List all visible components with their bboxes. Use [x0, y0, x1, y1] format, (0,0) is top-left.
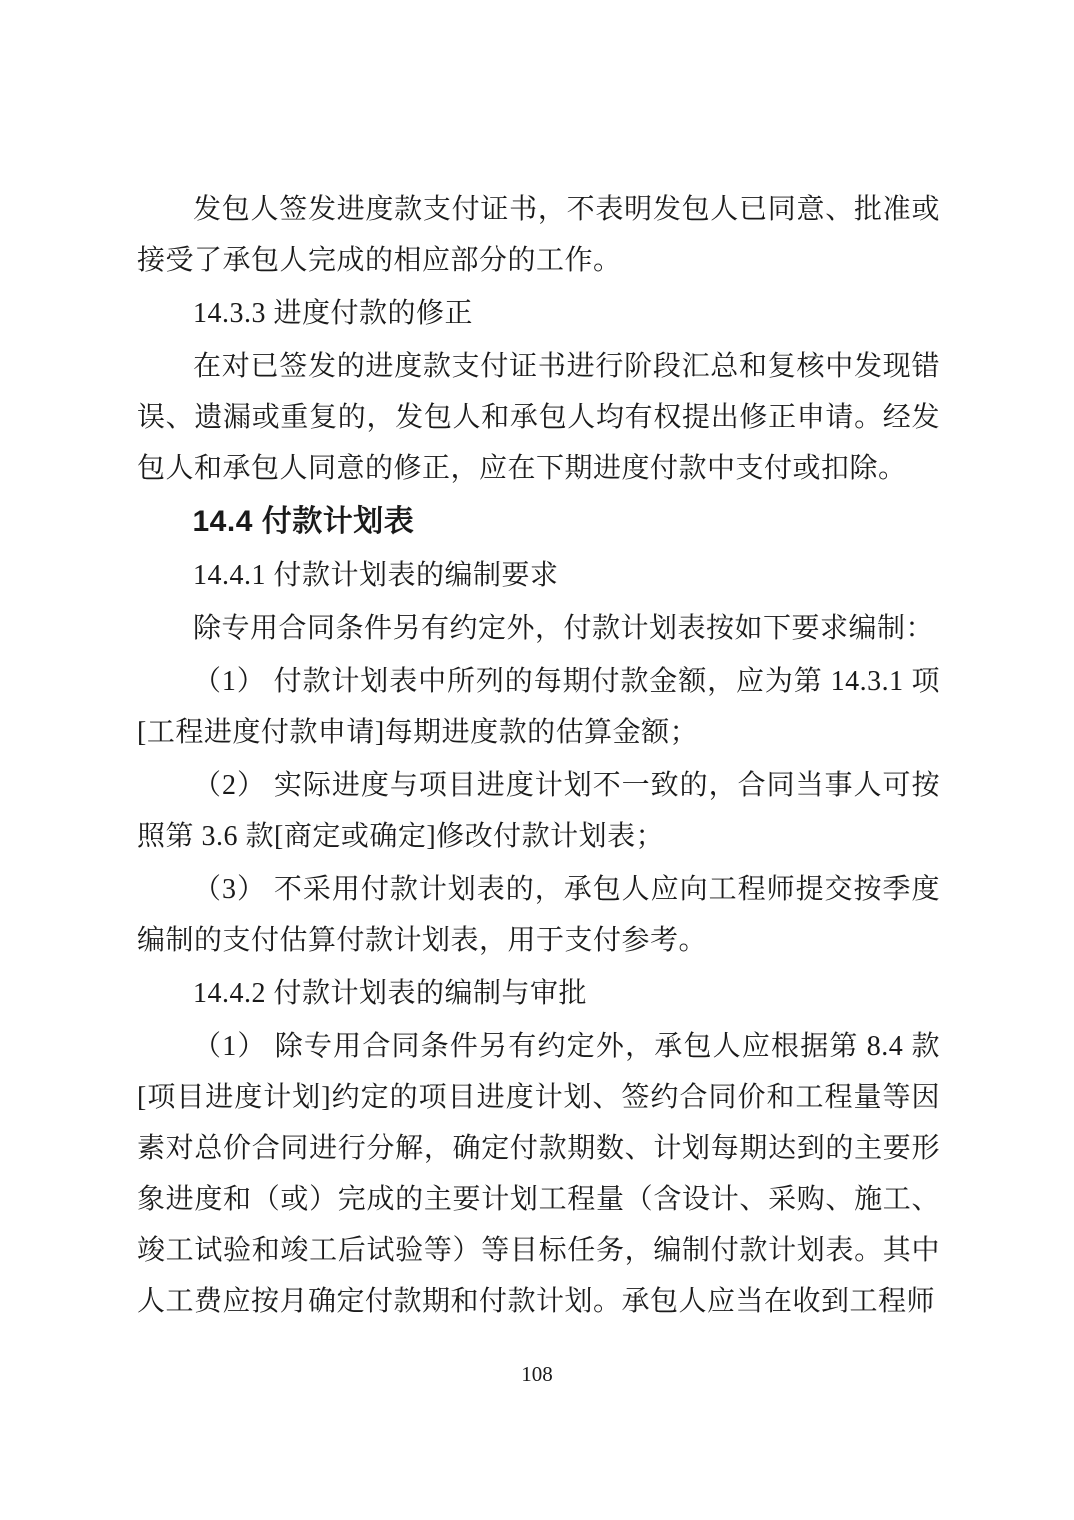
section-heading-14-4: 14.4 付款计划表	[137, 496, 940, 548]
subheading-14-4-1: 14.4.1 付款计划表的编制要求	[137, 550, 940, 601]
paragraph-correction-of-progress-payment: 在对已签发的进度款支付证书进行阶段汇总和复核中发现错误、遗漏或重复的，发包人和承…	[137, 341, 940, 494]
page-number: 108	[0, 1360, 1074, 1388]
list-item-1-payment-amount: （1） 付款计划表中所列的每期付款金额，应为第 14.3.1 项[工程进度付款申…	[137, 656, 940, 758]
paragraph-schedule-requirements-intro: 除专用合同条件另有约定外，付款计划表按如下要求编制：	[137, 603, 940, 654]
paragraph-schedule-compilation-approval: （1） 除专用合同条件另有约定外，承包人应根据第 8.4 款[项目进度计划]约定…	[137, 1021, 940, 1327]
subheading-14-4-2: 14.4.2 付款计划表的编制与审批	[137, 968, 940, 1019]
document-body: 发包人签发进度款支付证书，不表明发包人已同意、批准或接受了承包人完成的相应部分的…	[137, 184, 940, 1329]
subheading-14-3-3: 14.3.3 进度付款的修正	[137, 288, 940, 339]
document-page: 发包人签发进度款支付证书，不表明发包人已同意、批准或接受了承包人完成的相应部分的…	[0, 0, 1074, 1520]
paragraph-progress-certificate-note: 发包人签发进度款支付证书，不表明发包人已同意、批准或接受了承包人完成的相应部分的…	[137, 184, 940, 286]
list-item-3-no-schedule: （3） 不采用付款计划表的，承包人应向工程师提交按季度编制的支付估算付款计划表，…	[137, 864, 940, 966]
list-item-2-actual-progress: （2） 实际进度与项目进度计划不一致的，合同当事人可按照第 3.6 款[商定或确…	[137, 760, 940, 862]
